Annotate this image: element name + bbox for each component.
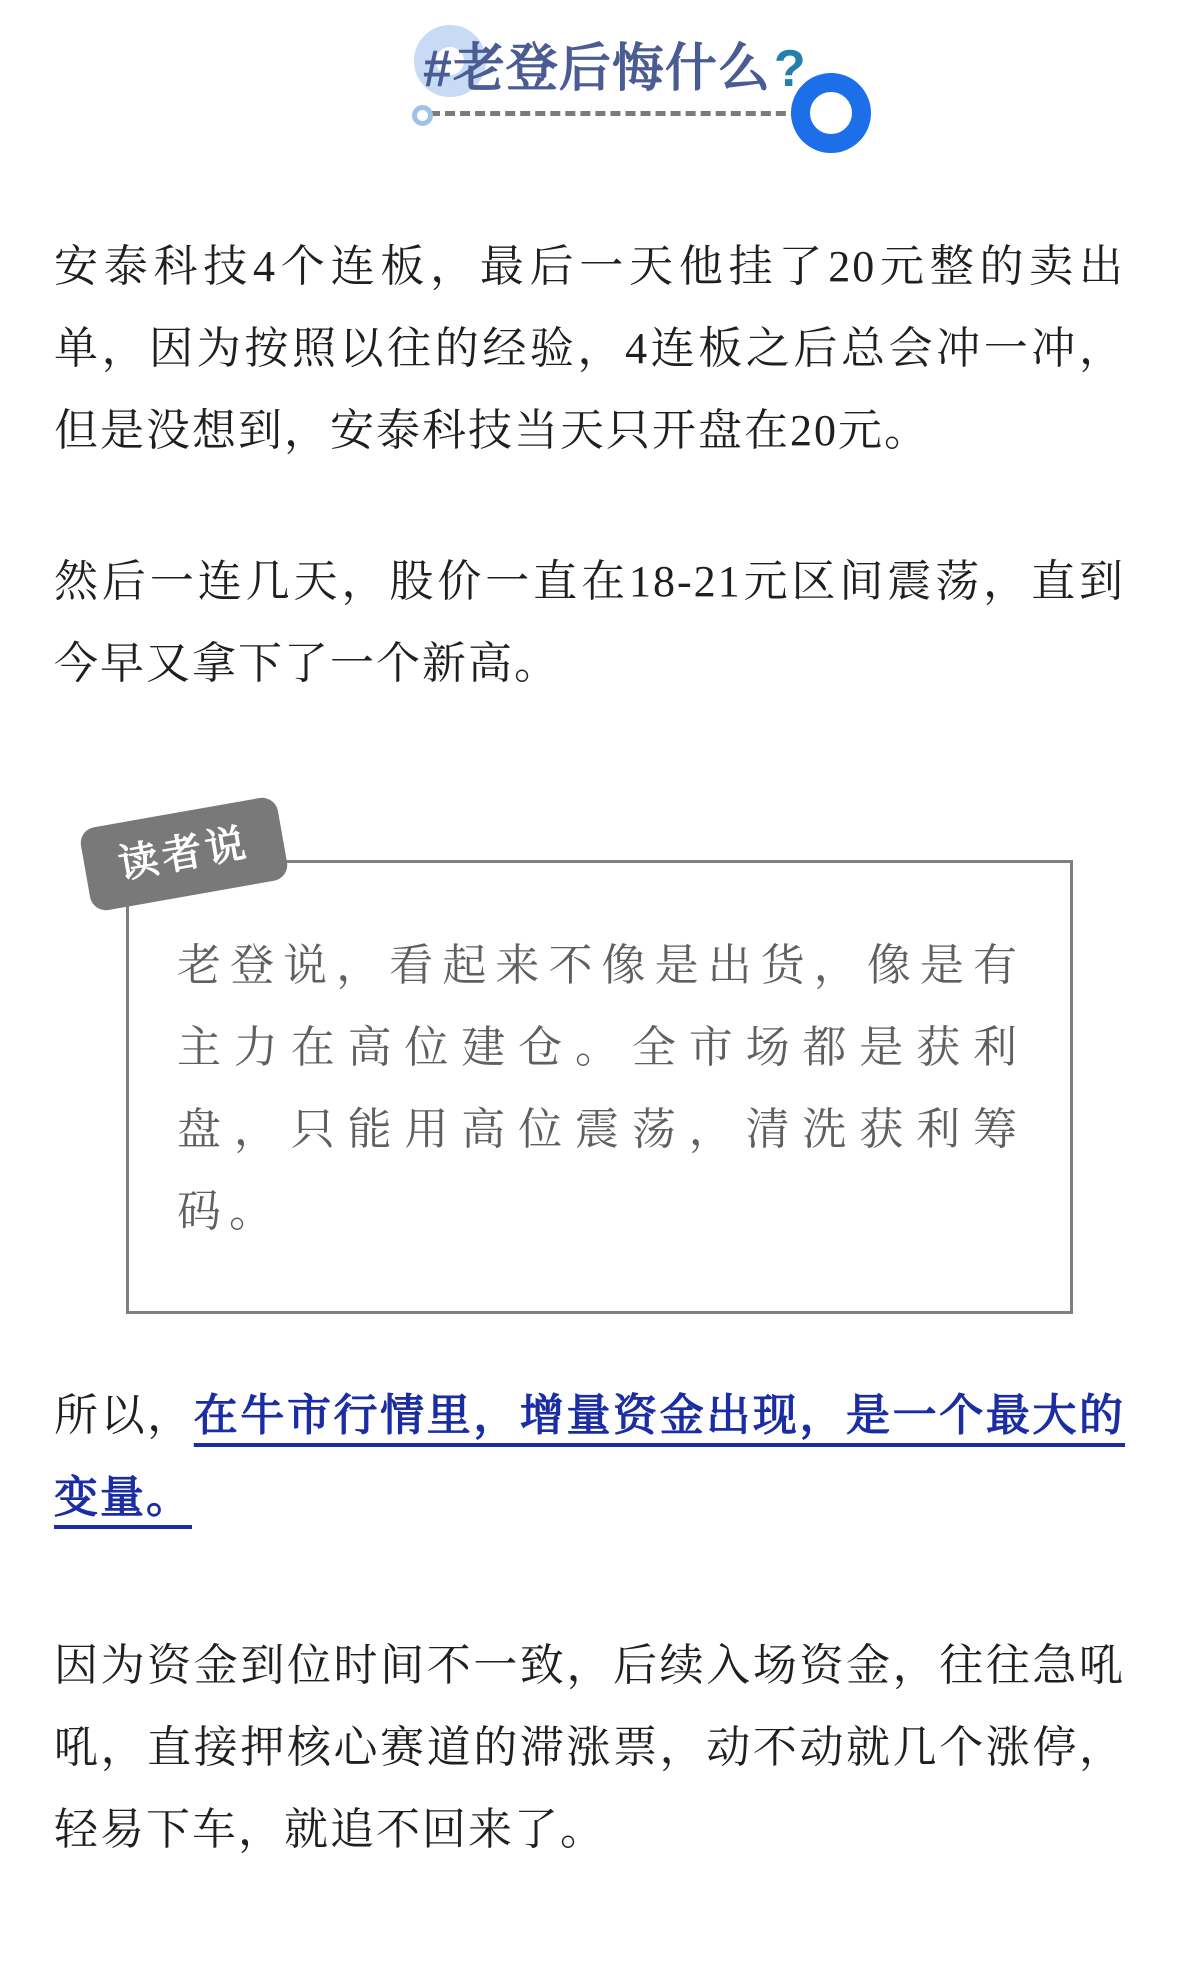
decor-dashed-line <box>430 111 846 116</box>
reader-quote-section: 读者说 老登说，看起来不像是出货，像是有主力在高位建仓。全市场都是获利盘，只能用… <box>54 860 1125 1314</box>
paragraph-3: 所以，在牛市行情里，增量资金出现，是一个最大的变量。 <box>54 1375 1125 1539</box>
topic-header: #老登后悔什么? <box>0 0 1179 172</box>
decor-small-circle-icon <box>412 105 433 126</box>
article-body: 安泰科技4个连板，最后一天他挂了20元整的卖出单，因为按照以往的经验，4连板之后… <box>0 226 1179 1871</box>
paragraph-2: 然后一连几天，股价一直在18-21元区间震荡，直到今早又拿下了一个新高。 <box>54 541 1125 705</box>
paragraph-4: 因为资金到位时间不一致，后续入场资金，往往急吼吼，直接押核心赛道的滞涨票，动不动… <box>54 1625 1125 1871</box>
article-page: #老登后悔什么? 安泰科技4个连板，最后一天他挂了20元整的卖出单，因为按照以往… <box>0 0 1179 1965</box>
topic-hashtag[interactable]: #老登后悔什么? <box>423 36 807 102</box>
reader-quote-box: 老登说，看起来不像是出货，像是有主力在高位建仓。全市场都是获利盘，只能用高位震荡… <box>126 860 1073 1314</box>
reader-quote-tag-label: 读者说 <box>115 821 253 887</box>
topic-hashtag-text: #老登后悔什么 <box>423 40 771 98</box>
paragraph-1: 安泰科技4个连板，最后一天他挂了20元整的卖出单，因为按照以往的经验，4连板之后… <box>54 226 1125 472</box>
reader-quote-text: 老登说，看起来不像是出货，像是有主力在高位建仓。全市场都是获利盘，只能用高位震荡… <box>177 925 1025 1253</box>
topic-question-mark: ? <box>774 40 807 98</box>
paragraph-3-prefix: 所以， <box>54 1391 194 1440</box>
paragraph-3-highlight: 在牛市行情里，增量资金出现，是一个最大的变量。 <box>54 1391 1125 1522</box>
